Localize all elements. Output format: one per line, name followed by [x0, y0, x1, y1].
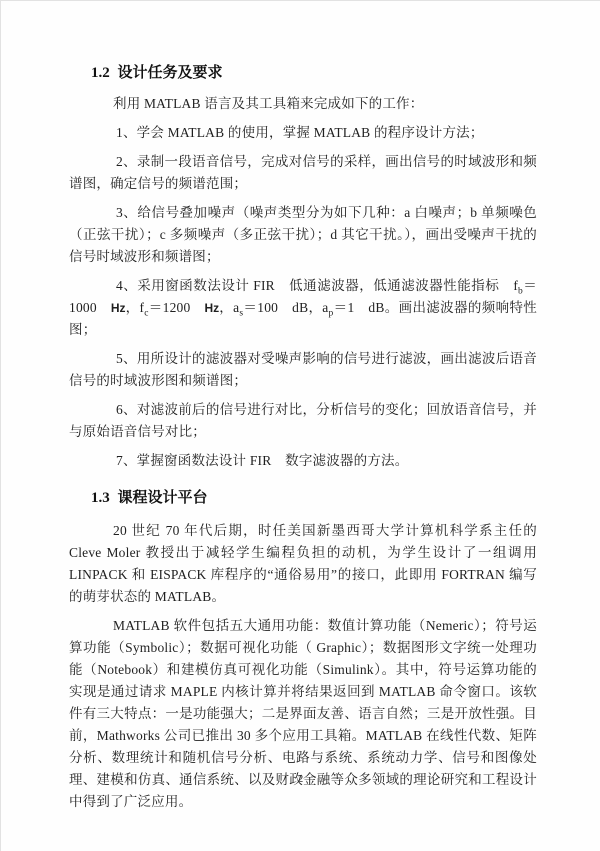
task-item-4: 4、采用窗函数法设计 FIR 低通滤波器，低通滤波器性能指标 fb＝1000 H… — [69, 275, 537, 341]
task-item-2: 2、录制一段语音信号，完成对信号的采样，画出信号的时域波形和频谱图，确定信号的频… — [69, 151, 537, 195]
section-heading-1-3: 1.3 课程设计平台 — [69, 486, 537, 510]
task-item-5: 5、用所设计的滤波器对受噪声影响的信号进行滤波，画出滤波后语音信号的时域波形图和… — [69, 348, 537, 392]
section-heading-1-2: 1.2 设计任务及要求 — [69, 61, 537, 85]
document-page: 1.2 设计任务及要求 利用 MATLAB 语言及其工具箱来完成如下的工作： 1… — [0, 0, 600, 851]
page-content: 1.2 设计任务及要求 利用 MATLAB 语言及其工具箱来完成如下的工作： 1… — [69, 61, 537, 813]
platform-paragraph-1: 20 世纪 70 年代后期，时任美国新墨西哥大学计算机科学系主任的 Cleve … — [69, 520, 537, 608]
task-item-6: 6、对滤波前后的信号进行对比，分析信号的变化；回放语音信号，并与原始语音信号对比… — [69, 399, 537, 443]
task-item-3: 3、给信号叠加噪声（噪声类型分为如下几种：a 白噪声；b 单频噪色（正弦干扰）；… — [69, 202, 537, 268]
page-number: 2 — [1, 773, 600, 785]
intro-paragraph: 利用 MATLAB 语言及其工具箱来完成如下的工作： — [69, 93, 537, 115]
task-item-1: 1、学会 MATLAB 的使用，掌握 MATLAB 的程序设计方法； — [69, 122, 537, 144]
task-item-7: 7、掌握窗函数法设计 FIR 数字滤波器的方法。 — [69, 450, 537, 472]
